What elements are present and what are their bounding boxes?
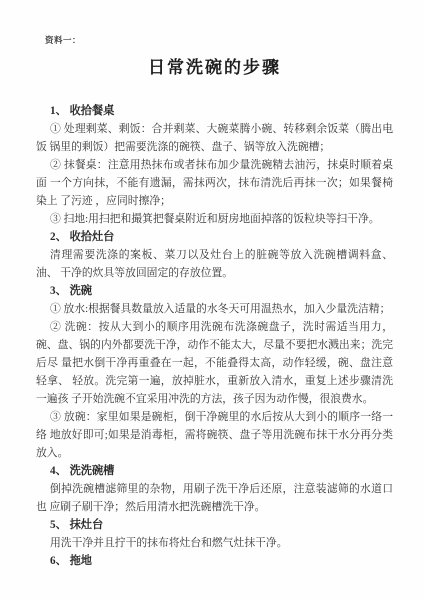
section-heading: 6、 拖地 <box>36 552 393 570</box>
document-title: 日常洗碗的步骤 <box>36 53 393 78</box>
section-paragraph: ② 抹餐桌：注意用热抹布或者抹布加少量洗碗精去油污，抹桌时顺着桌面 一个方向抹，… <box>36 156 393 210</box>
section-paragraph: ③ 放碗：家里如果是碗柜，倒干净碗里的水后按从大到小的顺序一络一络 地放好即可;… <box>36 408 393 462</box>
section-heading: 1、 收拾餐桌 <box>36 102 393 120</box>
section-heading: 3、 洗碗 <box>36 282 393 300</box>
section-wipe-stove: 5、 抹灶台 用洗干净并且拧干的抹布将灶台和燃气灶抹干净。 <box>36 516 393 552</box>
section-heading: 5、 抹灶台 <box>36 516 393 534</box>
section-paragraph: ③ 扫地:用扫把和撮箕把餐桌附近和厨房地面掉落的饭粒块等扫干净。 <box>36 210 393 228</box>
section-heading: 4、 洗洗碗槽 <box>36 462 393 480</box>
section-paragraph: 清理需要洗涤的案板、菜刀以及灶台上的脏碗等放入洗碗槽调料盒、油、 干净的炊具等放… <box>36 246 393 282</box>
section-wash-sink: 4、 洗洗碗槽 倒掉洗碗槽滤筛里的杂物，用刷子洗干净后还原，注意装滤筛的水道口也… <box>36 462 393 516</box>
section-clean-dining-table: 1、 收拾餐桌 ① 处理剩菜、剩饭：合并剩菜、大碗菜腾小碗、转移剩余饭菜（腾出电… <box>36 102 393 228</box>
section-paragraph: ① 放水:根据餐具数量放入适量的水冬天可用温热水，加入少量洗洁精； <box>36 300 393 318</box>
section-heading: 2、 收拾灶台 <box>36 228 393 246</box>
section-wash-dishes: 3、 洗碗 ① 放水:根据餐具数量放入适量的水冬天可用温热水，加入少量洗洁精； … <box>36 282 393 462</box>
document-source-label: 资料一： <box>45 34 393 46</box>
section-clean-stove-counter: 2、 收拾灶台 清理需要洗涤的案板、菜刀以及灶台上的脏碗等放入洗碗槽调料盒、油、… <box>36 228 393 282</box>
section-mop-floor: 6、 拖地 <box>36 552 393 570</box>
section-paragraph: ① 处理剩菜、剩饭：合并剩菜、大碗菜腾小碗、转移剩余饭菜（腾出电饭 锅里的剩饭）… <box>36 120 393 156</box>
section-paragraph: 倒掉洗碗槽滤筛里的杂物，用刷子洗干净后还原，注意装滤筛的水道口也 应刷子刷干净；… <box>36 480 393 516</box>
section-paragraph: 用洗干净并且拧干的抹布将灶台和燃气灶抹干净。 <box>36 534 393 552</box>
document-page: 资料一： 日常洗碗的步骤 1、 收拾餐桌 ① 处理剩菜、剩饭：合并剩菜、大碗菜腾… <box>0 0 424 600</box>
section-paragraph: ② 洗碗：按从大到小的顺序用洗碗布洗涤碗盘子，洗时需适当用力，碗、盘、锅的内外都… <box>36 318 393 408</box>
